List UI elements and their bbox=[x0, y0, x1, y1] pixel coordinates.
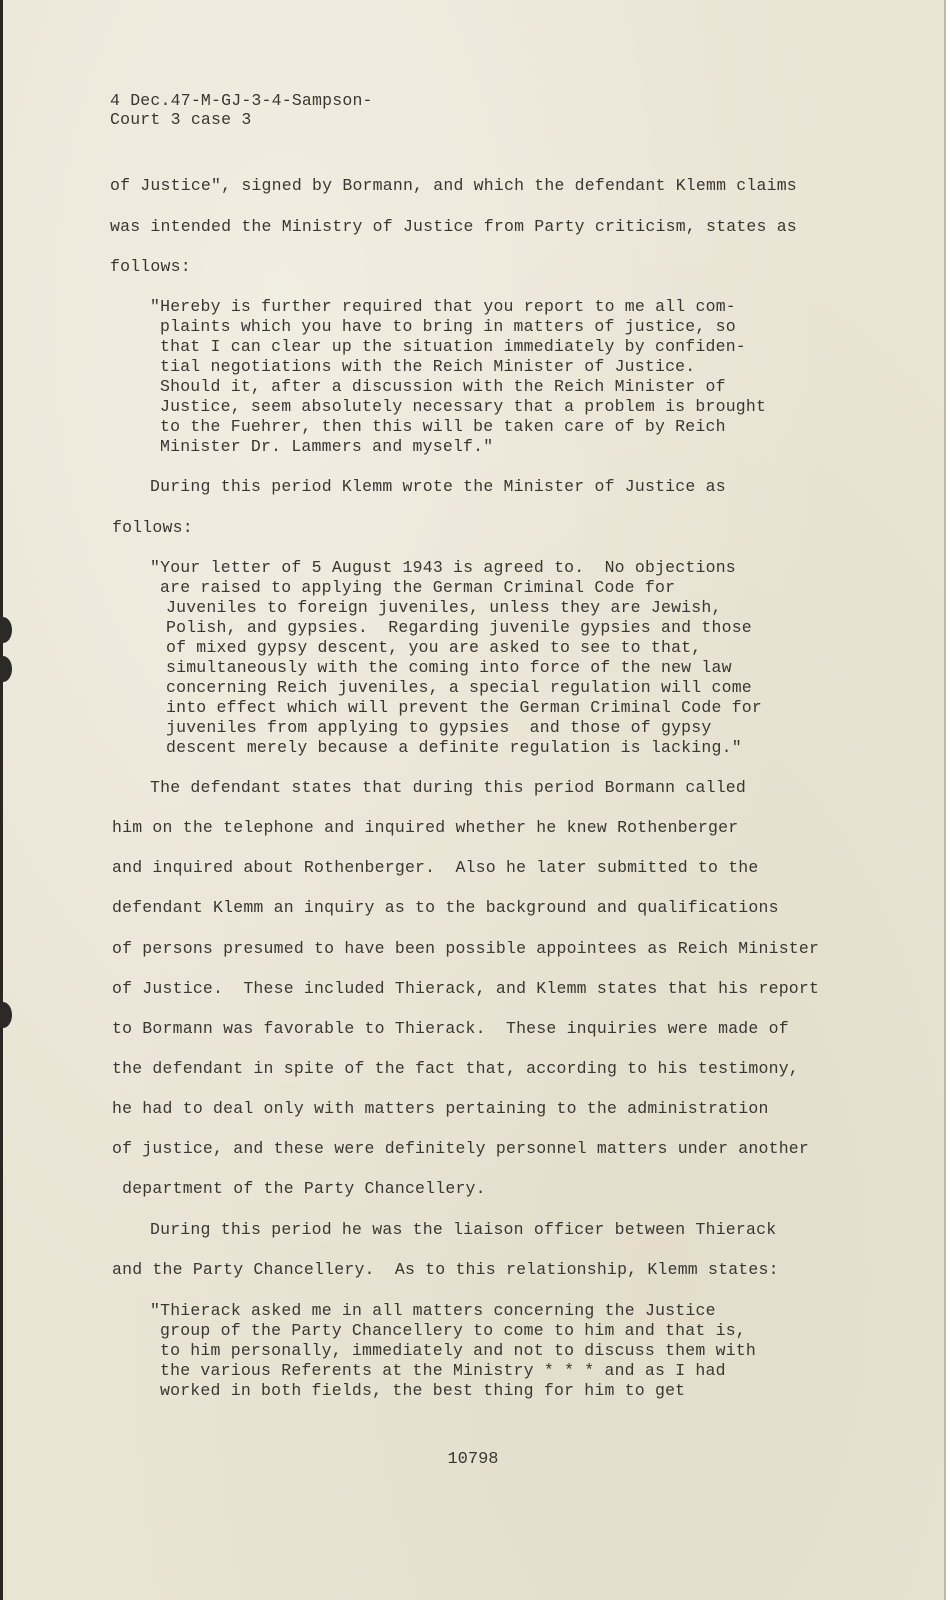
header-case-reference: 4 Dec.47-M-GJ-3-4-Sampson- bbox=[110, 91, 373, 111]
quote-line: the various Referents at the Ministry * … bbox=[160, 1361, 726, 1381]
punch-hole bbox=[0, 1002, 12, 1028]
page-number: 10798 bbox=[0, 1450, 946, 1469]
text-line: During this period Klemm wrote the Minis… bbox=[150, 477, 726, 497]
quote-line: juveniles from applying to gypsies and t… bbox=[166, 718, 712, 738]
text-line: the defendant in spite of the fact that,… bbox=[112, 1059, 799, 1079]
punch-hole bbox=[0, 617, 12, 643]
punch-hole bbox=[0, 656, 12, 682]
quote-line: to him personally, immediately and not t… bbox=[160, 1341, 756, 1361]
text-line: of Justice", signed by Bormann, and whic… bbox=[110, 176, 797, 196]
header-court-case: Court 3 case 3 bbox=[110, 110, 251, 130]
text-line: him on the telephone and inquired whethe… bbox=[112, 818, 738, 838]
quote-line: plaints which you have to bring in matte… bbox=[160, 317, 736, 337]
quote-line: into effect which will prevent the Germa… bbox=[166, 698, 762, 718]
quote-line: Should it, after a discussion with the R… bbox=[160, 377, 726, 397]
quote-line: simultaneously with the coming into forc… bbox=[166, 658, 732, 678]
quote-line: descent merely because a definite regula… bbox=[166, 738, 742, 758]
quote-line: tial negotiations with the Reich Ministe… bbox=[160, 357, 695, 377]
text-line: of Justice. These included Thierack, and… bbox=[112, 979, 819, 999]
text-line: During this period he was the liaison of… bbox=[150, 1220, 776, 1240]
text-line: defendant Klemm an inquiry as to the bac… bbox=[112, 898, 779, 918]
text-line: and the Party Chancellery. As to this re… bbox=[112, 1260, 779, 1280]
text-line: to Bormann was favorable to Thierack. Th… bbox=[112, 1019, 789, 1039]
text-line: follows: bbox=[110, 257, 191, 277]
quote-line: Justice, seem absolutely necessary that … bbox=[160, 397, 766, 417]
quote-line: that I can clear up the situation immedi… bbox=[160, 337, 746, 357]
quote-line: are raised to applying the German Crimin… bbox=[160, 578, 675, 598]
quote-line: "Thierack asked me in all matters concer… bbox=[150, 1301, 716, 1321]
page-left-edge bbox=[0, 0, 3, 1600]
quote-line: to the Fuehrer, then this will be taken … bbox=[160, 417, 726, 437]
document-page: 4 Dec.47-M-GJ-3-4-Sampson- Court 3 case … bbox=[0, 0, 946, 1600]
quote-line: worked in both fields, the best thing fo… bbox=[160, 1381, 685, 1401]
quote-line: group of the Party Chancellery to come t… bbox=[160, 1321, 746, 1341]
text-line: follows: bbox=[112, 518, 193, 538]
quote-line: "Your letter of 5 August 1943 is agreed … bbox=[150, 558, 736, 578]
text-line: and inquired about Rothenberger. Also he… bbox=[112, 858, 759, 878]
quote-line: Minister Dr. Lammers and myself." bbox=[160, 437, 493, 457]
quote-line: Polish, and gypsies. Regarding juvenile … bbox=[166, 618, 752, 638]
quote-line: of mixed gypsy descent, you are asked to… bbox=[166, 638, 701, 658]
quote-line: "Hereby is further required that you rep… bbox=[150, 297, 736, 317]
quote-line: concerning Reich juveniles, a special re… bbox=[166, 678, 752, 698]
text-line: of persons presumed to have been possibl… bbox=[112, 939, 819, 959]
text-line: department of the Party Chancellery. bbox=[112, 1179, 486, 1199]
text-line: The defendant states that during this pe… bbox=[150, 778, 746, 798]
text-line: he had to deal only with matters pertain… bbox=[112, 1099, 769, 1119]
quote-line: Juveniles to foreign juveniles, unless t… bbox=[166, 598, 722, 618]
text-line: of justice, and these were definitely pe… bbox=[112, 1139, 809, 1159]
text-line: was intended the Ministry of Justice fro… bbox=[110, 217, 797, 237]
